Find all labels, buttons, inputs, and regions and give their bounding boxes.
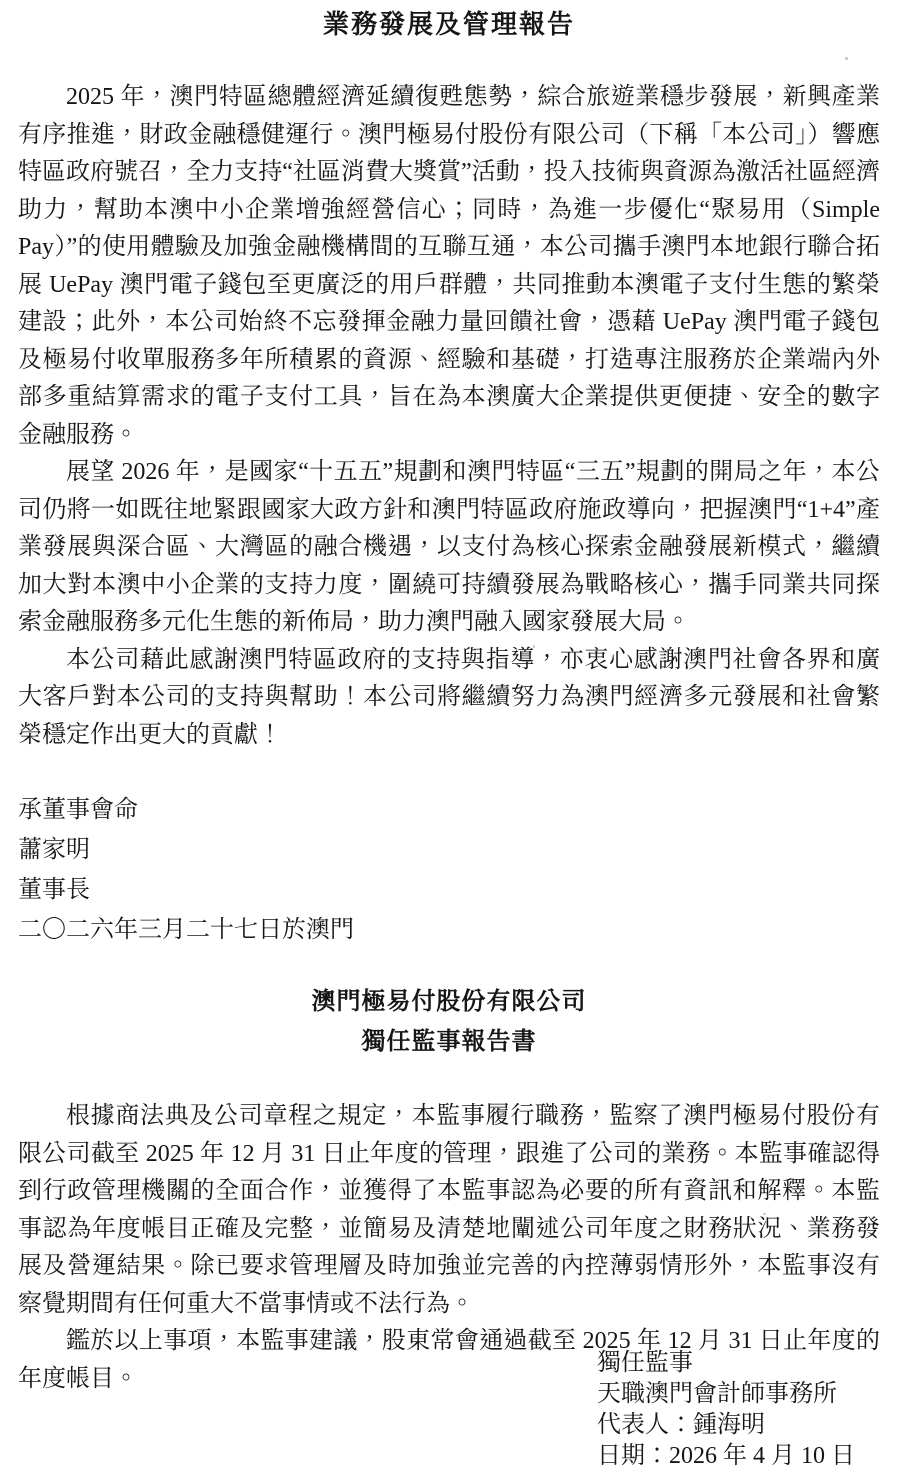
paragraph-acknowledgement: 本公司藉此感謝澳門特區政府的支持與指導，亦衷心感謝澳門社會各界和廣大客戶對本公司… bbox=[18, 642, 880, 755]
supervisor-signature-role: 獨任監事 bbox=[597, 1348, 855, 1379]
scan-speckle bbox=[844, 464, 846, 466]
board-signature-block: 承董事會命 蕭家明 董事長 二〇二六年三月二十七日於澳門 bbox=[18, 790, 880, 950]
report-title: 業務發展及管理報告 bbox=[18, 0, 880, 43]
supervisor-signature-firm: 天職澳門會計師事務所 bbox=[597, 1379, 855, 1410]
scan-speckle bbox=[845, 57, 848, 60]
supervisor-report-company-name: 澳門極易付股份有限公司 bbox=[18, 982, 880, 1022]
scan-speckle bbox=[533, 645, 535, 648]
board-signature-name: 蕭家明 bbox=[18, 830, 880, 870]
supervisor-signature-date: 日期：2026 年 4 月 10 日 bbox=[597, 1441, 855, 1472]
board-signature-role: 董事長 bbox=[18, 870, 880, 910]
paragraph-economy-overview: 2025 年，澳門特區總體經濟延續復甦態勢，綜合旅遊業穩步發展，新興產業有序推進… bbox=[18, 79, 880, 454]
supervisor-signature-representative: 代表人：鍾海明 bbox=[597, 1410, 855, 1441]
scan-speckle bbox=[763, 1213, 766, 1215]
supervisor-report-heading: 澳門極易付股份有限公司 獨任監事報告書 bbox=[18, 982, 880, 1062]
paragraph-outlook-2026: 展望 2026 年，是國家“十五五”規劃和澳門特區“三五”規劃的開局之年，本公司… bbox=[18, 454, 880, 642]
paragraph-supervision-statement: 根據商法典及公司章程之規定，本監事履行職務，監察了澳門極易付股份有限公司截至 2… bbox=[18, 1098, 880, 1323]
scanned-document-page: 業務發展及管理報告 2025 年，澳門特區總體經濟延續復甦態勢，綜合旅遊業穩步發… bbox=[0, 0, 900, 1484]
board-signature-date: 二〇二六年三月二十七日於澳門 bbox=[18, 910, 880, 950]
supervisor-report-doc-title: 獨任監事報告書 bbox=[18, 1022, 880, 1062]
board-signature-by-order: 承董事會命 bbox=[18, 790, 880, 830]
business-report-body: 2025 年，澳門特區總體經濟延續復甦態勢，綜合旅遊業穩步發展，新興產業有序推進… bbox=[18, 79, 880, 754]
supervisor-signature-block: 獨任監事 天職澳門會計師事務所 代表人：鍾海明 日期：2026 年 4 月 10… bbox=[597, 1348, 855, 1472]
